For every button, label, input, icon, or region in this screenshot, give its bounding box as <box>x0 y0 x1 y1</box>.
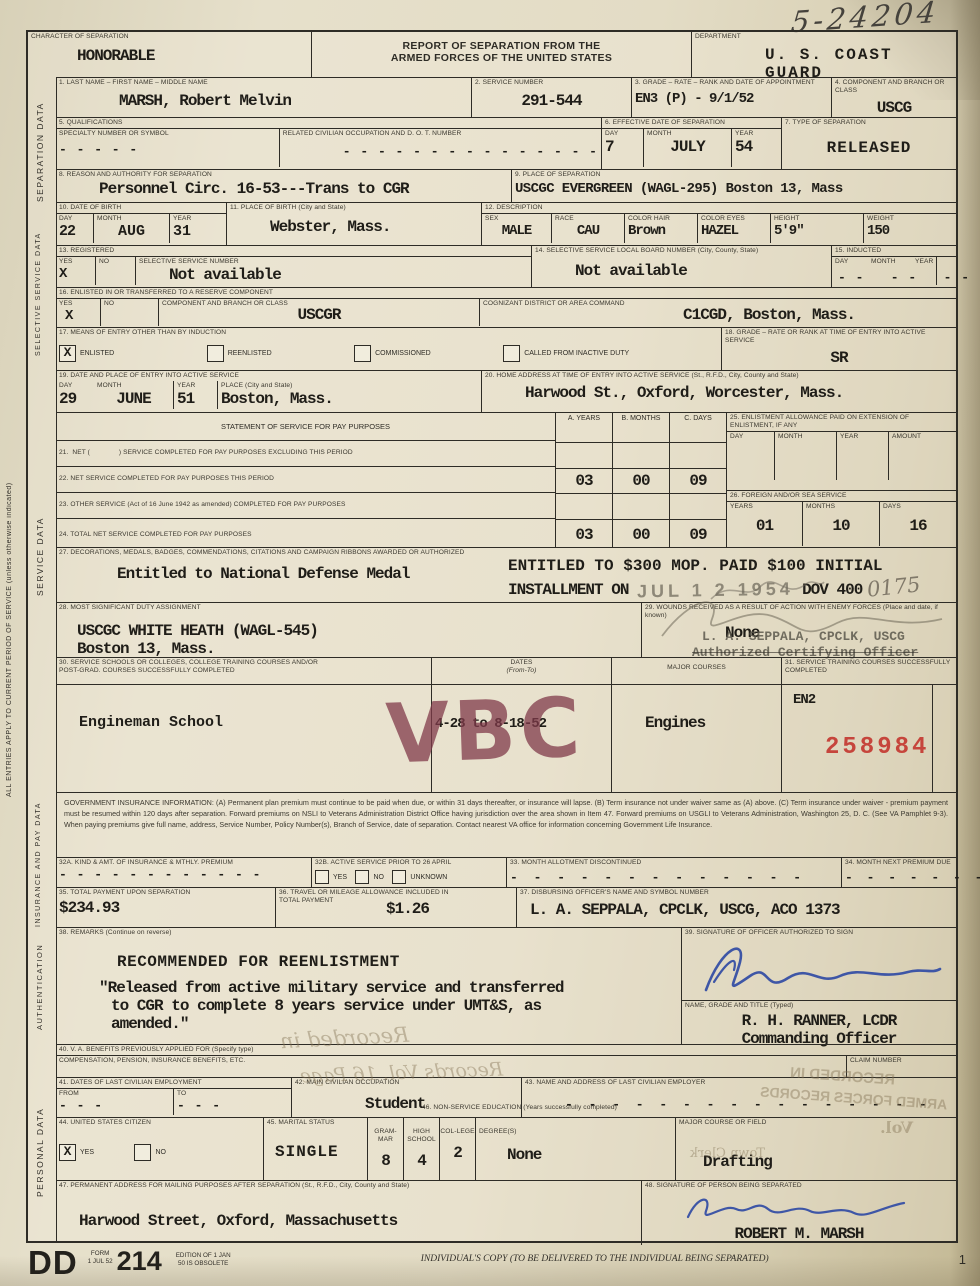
field-26: 26. FOREIGN AND/OR SEA SERVICE YEARS 01 … <box>727 490 956 548</box>
field-39: 39. SIGNATURE OF OFFICER AUTHORIZED TO S… <box>682 928 956 1044</box>
row-38-39: 38. REMARKS (Continue on reverse) RECOMM… <box>56 927 956 1044</box>
field-32b: 32B. ACTIVE SERVICE PRIOR TO 26 APRIL YE… <box>312 858 507 887</box>
checkbox-citizen-yes-mark: X <box>64 1144 72 1159</box>
checkbox-citizen-no <box>134 1144 151 1161</box>
field-16-district-value: C1CGD, Boston, Mass. <box>683 306 953 324</box>
section-separation-data: SEPARATION DATA <box>35 82 45 222</box>
field-17-label: 17. MEANS OF ENTRY OTHER THAN BY INDUCTI… <box>59 329 718 337</box>
field-5: 5. QUALIFICATIONS SPECIALTY NUMBER OR SY… <box>56 118 602 169</box>
field-3-value: EN3 (P) - 9/1/52 <box>635 91 828 107</box>
field-39-name: R. H. RANNER, LCDR <box>685 1012 953 1030</box>
checkbox-reenlisted-label: REENLISTED <box>228 350 272 357</box>
field-19-month-label: MONTH <box>97 382 170 390</box>
field-31-content: EN2 258984 <box>782 685 933 792</box>
field-26-days: DAYS 16 <box>880 502 956 546</box>
field-40-claim-label: CLAIM NUMBER <box>850 1057 953 1065</box>
field-21-months <box>613 442 669 468</box>
field-16-district: COGNIZANT DISTRICT OR AREA COMMAND C1CGD… <box>480 299 956 326</box>
field-15-label: 15. INDUCTED <box>832 246 956 256</box>
field-11: 11. PLACE OF BIRTH (City and State) Webs… <box>227 203 482 245</box>
section-personal-data: PERSONAL DATA <box>35 1062 45 1242</box>
remarks-line2: "Released from active military service a… <box>99 979 678 997</box>
field-40-benefits: COMPENSATION, PENSION, INSURANCE BENEFIT… <box>56 1056 847 1077</box>
field-18-value: SR <box>725 349 953 367</box>
checkbox-enlisted-label: ENLISTED <box>80 350 114 357</box>
field-22-days: 09 <box>670 468 726 493</box>
field-21-days <box>670 442 726 468</box>
pay-months-header: B. MONTHS <box>613 413 669 442</box>
checkbox-32b-no-label: NO <box>373 874 384 881</box>
field-12-weight-label: WEIGHT <box>867 215 953 223</box>
field-19-month-value: JUNE <box>97 390 170 408</box>
field-13-ssn: SELECTIVE SERVICE NUMBER Not available <box>136 257 531 285</box>
field-6-month-value: JULY <box>647 138 728 156</box>
field-1-value: MARSH, Robert Melvin <box>119 92 468 110</box>
row-30-31-content: Engineman School 4-28 to 8-18-52 Engines… <box>56 684 956 792</box>
field-20-label: 20. HOME ADDRESS AT TIME OF ENTRY INTO A… <box>485 372 953 380</box>
checkbox-citizen-yes-label: YES <box>80 1149 94 1156</box>
edition-line1: EDITION OF 1 JAN <box>176 1252 231 1260</box>
form-title-line1: REPORT OF SEPARATION FROM THE <box>315 40 688 52</box>
field-31-label1: 31. SERVICE TRAINING COURSES SUCCESSFULL… <box>785 659 953 667</box>
field-14: 14. SELECTIVE SERVICE LOCAL BOARD NUMBER… <box>532 246 832 287</box>
field-12-height-label: HEIGHT <box>774 215 860 223</box>
field-48-typed-name: ROBERT M. MARSH <box>642 1225 956 1243</box>
form-number-block: FORM 1 JUL 52 <box>88 1250 113 1265</box>
field-16-yes-mark: X <box>65 308 97 324</box>
major-courses-header: MAJOR COURSES <box>612 658 782 684</box>
field-19-year-value: 51 <box>177 390 214 408</box>
field-12-label: 12. DESCRIPTION <box>482 203 956 213</box>
checkbox-citizen-no-label: NO <box>155 1149 166 1156</box>
field-6-month-label: MONTH <box>647 130 728 138</box>
checkbox-enlisted: X <box>59 345 76 362</box>
field-10-month-value: AUG <box>97 223 166 240</box>
scanned-document-page: 5-24204 ALL ENTRIES APPLY TO CURRENT PER… <box>0 0 980 1286</box>
field-6-label: 6. EFFECTIVE DATE OF SEPARATION <box>602 118 781 128</box>
field-26-years-label: YEARS <box>730 503 799 511</box>
field-10-day-label: DAY <box>59 215 90 223</box>
field-13-ssn-value: Not available <box>169 266 528 284</box>
form-title-box: REPORT OF SEPARATION FROM THE ARMED FORC… <box>312 32 692 77</box>
field-15-month-text: MONTH <box>871 258 909 266</box>
field-47: 47. PERMANENT ADDRESS FOR MAILING PURPOS… <box>56 1181 642 1245</box>
field-7-value: RELEASED <box>785 139 953 157</box>
header-row: CHARACTER OF SEPARATION HONORABLE REPORT… <box>28 32 956 77</box>
field-10-label: 10. DATE OF BIRTH <box>56 203 226 213</box>
field-23-label: 23. OTHER SERVICE (Act of 16 June 1942 a… <box>56 501 348 509</box>
field-13-no: NO <box>96 257 136 285</box>
field-15-day-text: DAY <box>835 258 865 266</box>
field-11-value: Webster, Mass. <box>270 218 478 236</box>
field-24-label: 24. TOTAL NET SERVICE COMPLETED FOR PAY … <box>56 531 255 539</box>
row-4: 10. DATE OF BIRTH DAY 22 MONTH AUG YEAR … <box>56 202 956 245</box>
field-41-from: FROM - - - <box>56 1089 174 1115</box>
pay-right-column: 25. ENLISTMENT ALLOWANCE PAID ON EXTENSI… <box>727 413 956 547</box>
margin-note-vertical: ALL ENTRIES APPLY TO CURRENT PERIOD OF S… <box>6 420 13 860</box>
field-23-months <box>613 493 669 519</box>
pay-days-column: C. DAYS 09 09 <box>670 413 727 547</box>
field-13-yes-mark: X <box>59 266 92 282</box>
field-13-no-label: NO <box>99 258 132 266</box>
field-46-degrees: DEGREE(S) None <box>476 1118 676 1180</box>
field-35-label: 35. TOTAL PAYMENT UPON SEPARATION <box>59 889 272 897</box>
certifying-officer-name: L. A. SEPPALA, CPCLK, USCG <box>702 629 905 644</box>
field-41-label: 41. DATES OF LAST CIVILIAN EMPLOYMENT <box>56 1078 291 1088</box>
field-19-day-value: 29 <box>59 390 91 408</box>
row-44-46: 44. UNITED STATES CITIZEN XYES NO 45. MA… <box>56 1117 956 1180</box>
row-7: 17. MEANS OF ENTRY OTHER THAN BY INDUCTI… <box>56 327 956 370</box>
form-title-line2: ARMED FORCES OF THE UNITED STATES <box>315 52 688 64</box>
field-27-label: 27. DECORATIONS, MEDALS, BADGES, COMMEND… <box>59 549 953 557</box>
form-footer: DD FORM 1 JUL 52 214 EDITION OF 1 JAN 50… <box>28 1248 966 1278</box>
field-6-day: DAY 7 <box>602 129 644 167</box>
field-46-grammar-value: 8 <box>368 1152 403 1170</box>
department-label: DEPARTMENT <box>695 33 953 41</box>
field-46-college-label: COL-LEGE <box>440 1118 475 1136</box>
field-46-major: MAJOR COURSE OR FIELD Drafting 46. NON-S… <box>676 1118 956 1180</box>
checkbox-32b-no <box>355 870 369 884</box>
row-5: 13. REGISTERED YES X NO SELECTIVE SERVIC… <box>56 245 956 287</box>
field-12: 12. DESCRIPTION SEX MALE RACE CAU COLOR … <box>482 203 956 245</box>
form-number: 214 <box>117 1248 162 1275</box>
field-40: 40. V. A. BENEFITS PREVIOUSLY APPLIED FO… <box>56 1044 956 1077</box>
field-15-year-text: YEAR <box>915 258 933 266</box>
field-41-to-label: TO <box>177 1090 288 1098</box>
field-35: 35. TOTAL PAYMENT UPON SEPARATION $234.9… <box>56 888 276 927</box>
field-37: 37. DISBURSING OFFICER'S NAME AND SYMBOL… <box>517 888 956 927</box>
field-6-month: MONTH JULY <box>644 129 732 167</box>
field-12-height-value: 5'9" <box>774 223 860 239</box>
field-26-label: 26. FOREIGN AND/OR SEA SERVICE <box>727 491 956 501</box>
field-15: 15. INDUCTED DAY MONTH YEAR - - - - - - <box>832 246 956 287</box>
form-date: 1 JUL 52 <box>88 1258 113 1266</box>
pay-region: STATEMENT OF SERVICE FOR PAY PURPOSES 21… <box>56 412 956 547</box>
field-12-sex-value: MALE <box>485 223 548 239</box>
checkbox-commissioned-label: COMMISSIONED <box>375 350 431 357</box>
field-20-value: Harwood St., Oxford, Worcester, Mass. <box>525 384 953 402</box>
field-12-eyes-label: COLOR EYES <box>701 215 767 223</box>
field-28-value2: Boston 13, Mass. <box>77 640 638 658</box>
field-5-specialty: SPECIALTY NUMBER OR SYMBOL - - - - - <box>56 129 280 167</box>
field-4-value: USCG <box>835 99 953 117</box>
remarks-line1: RECOMMENDED FOR REENLISTMENT <box>117 953 678 971</box>
field-45: 45. MARITAL STATUS SINGLE <box>264 1118 368 1180</box>
field-7-label: 7. TYPE OF SEPARATION <box>785 119 953 127</box>
pay-days-header: C. DAYS <box>670 413 726 442</box>
mop-stamp-line1: ENTITLED TO $300 MOP. PAID $100 INITIAL <box>508 557 938 575</box>
row-2: 5. QUALIFICATIONS SPECIALTY NUMBER OR SY… <box>56 117 956 169</box>
field-3: 3. GRADE – RATE – RANK AND DATE OF APPOI… <box>632 78 832 117</box>
field-30-major: Engines <box>612 685 782 792</box>
field-4: 4. COMPONENT AND BRANCH OR CLASS USCG <box>832 78 956 117</box>
checkbox-32b-unknown-label: UNKNOWN <box>410 874 447 881</box>
field-32a: 32A. KIND & AMT. OF INSURANCE & MTHLY. P… <box>56 858 312 887</box>
field-4-label: 4. COMPONENT AND BRANCH OR CLASS <box>835 79 953 95</box>
field-26-months-value: 10 <box>806 517 876 535</box>
field-10-day: DAY 22 <box>56 214 94 243</box>
field-12-sex: SEX MALE <box>482 214 552 243</box>
row-35-37: 35. TOTAL PAYMENT UPON SEPARATION $234.9… <box>56 887 956 927</box>
edition-line2: 50 IS OBSOLETE <box>176 1260 231 1268</box>
field-44-label: 44. UNITED STATES CITIZEN <box>59 1119 260 1127</box>
field-30-content: Engineman School <box>56 685 432 792</box>
field-19-place-value: Boston, Mass. <box>221 390 478 408</box>
dates-sublabel: (From-To) <box>435 667 608 675</box>
field-32a-value: - - - - - - - - - - - - <box>59 867 308 882</box>
field-7: 7. TYPE OF SEPARATION RELEASED <box>782 118 956 169</box>
field-19-month: MONTH JUNE <box>94 381 174 409</box>
row-30-31-header: 30. SERVICE SCHOOLS OR COLLEGES, COLLEGE… <box>56 657 956 684</box>
field-36: 36. TRAVEL OR MILEAGE ALLOWANCE INCLUDED… <box>276 888 517 927</box>
section-insurance-pay-data: INSURANCE AND PAY DATA <box>35 802 42 927</box>
field-26-years-value: 01 <box>730 517 799 535</box>
field-48: 48. SIGNATURE OF PERSON BEING SEPARATED … <box>642 1181 956 1245</box>
field-19-day: DAY 29 <box>56 381 94 409</box>
field-13-yes-label: YES <box>59 258 92 266</box>
field-29: 29. WOUNDS RECEIVED AS A RESULT OF ACTIO… <box>642 603 956 657</box>
field-21-label: 21. NET ( ) SERVICE COMPLETED FOR PAY PU… <box>56 449 356 457</box>
field-19-year-label: YEAR <box>177 382 214 390</box>
field-42-label: 42. MAIN CIVILIAN OCCUPATION <box>295 1079 518 1087</box>
field-16-no-label: NO <box>104 300 155 308</box>
character-of-separation-box: CHARACTER OF SEPARATION HONORABLE <box>28 32 312 77</box>
field-25-amount-label: AMOUNT <box>892 433 953 441</box>
field-10-year: YEAR 31 <box>170 214 226 243</box>
section-service-data: SERVICE DATA <box>35 462 45 652</box>
page-number: 1 <box>959 1252 966 1267</box>
field-25-month: MONTH <box>775 432 837 480</box>
field-46-college-value: 2 <box>440 1144 475 1162</box>
remarks-line4: amended." <box>111 1015 678 1033</box>
field-13-ssn-label: SELECTIVE SERVICE NUMBER <box>139 258 528 266</box>
field-8-value: Personnel Circ. 16-53---Trans to CGR <box>99 180 508 198</box>
field-5-occupation-value: - - - - - - - - - - - - - - - <box>343 144 598 159</box>
field-6-day-value: 7 <box>605 138 640 156</box>
field-6-year-value: 54 <box>735 138 778 156</box>
field-40-claim: CLAIM NUMBER <box>847 1056 956 1077</box>
field-39-typed-block: NAME, GRADE AND TITLE (Typed) R. H. RANN… <box>682 1000 956 1049</box>
field-11-label: 11. PLACE OF BIRTH (City and State) <box>230 204 478 212</box>
field-36-value: $1.26 <box>386 900 429 918</box>
field-33-label: 33. MONTH ALLOTMENT DISCONTINUED <box>510 859 838 867</box>
field-46-major-value: Drafting <box>703 1153 953 1171</box>
row-3: 8. REASON AND AUTHORITY FOR SEPARATION P… <box>56 169 956 202</box>
field-19-label: 19. DATE AND PLACE OF ENTRY INTO ACTIVE … <box>56 371 481 381</box>
field-19-place: PLACE (City and State) Boston, Mass. <box>218 381 481 409</box>
field-10-year-label: YEAR <box>173 215 223 223</box>
insurance-note-row: GOVERNMENT INSURANCE INFORMATION: (A) Pe… <box>56 792 956 857</box>
field-30-label1: 30. SERVICE SCHOOLS OR COLLEGES, COLLEGE… <box>59 659 428 667</box>
field-6-year: YEAR 54 <box>732 129 781 167</box>
field-45-value: SINGLE <box>275 1143 364 1161</box>
field-25-amount: AMOUNT <box>889 432 956 480</box>
copy-note: INDIVIDUAL'S COPY (TO BE DELIVERED TO TH… <box>231 1254 959 1264</box>
field-9-value: USCGC EVERGREEN (WAGL-295) Boston 13, Ma… <box>515 181 953 197</box>
field-40-benefits-label: COMPENSATION, PENSION, INSURANCE BENEFIT… <box>59 1057 843 1065</box>
field-25-day: DAY <box>727 432 775 480</box>
field-45-label: 45. MARITAL STATUS <box>267 1119 364 1127</box>
field-5-occupation-label: RELATED CIVILIAN OCCUPATION AND D. O. T.… <box>283 130 598 138</box>
field-1: 1. LAST NAME – FIRST NAME – MIDDLE NAME … <box>56 78 472 117</box>
field-31-header: 31. SERVICE TRAINING COURSES SUCCESSFULL… <box>782 658 956 684</box>
field-26-years: YEARS 01 <box>727 502 803 546</box>
field-33-value: - - - - - - - - - - - - - <box>510 870 838 885</box>
field-46-grammar: GRAM-MAR 8 <box>368 1118 404 1180</box>
field-16-component: COMPONENT AND BRANCH OR CLASS USCGR <box>159 299 480 326</box>
field-26-months: MONTHS 10 <box>803 502 880 546</box>
field-6-day-label: DAY <box>605 130 640 138</box>
checkbox-reenlisted <box>207 345 224 362</box>
field-3-label: 3. GRADE – RATE – RANK AND DATE OF APPOI… <box>635 79 828 87</box>
dates-label: DATES <box>435 659 608 667</box>
field-26-days-label: DAYS <box>883 503 953 511</box>
checkbox-called-inactive <box>503 345 520 362</box>
field-19-day-label: DAY <box>59 382 91 390</box>
checkbox-enlisted-mark: X <box>64 345 72 360</box>
field-46-grammar-label: GRAM-MAR <box>368 1118 403 1144</box>
field-34-label: 34. MONTH NEXT PREMIUM DUE <box>845 859 980 867</box>
field-8: 8. REASON AND AUTHORITY FOR SEPARATION P… <box>56 170 512 202</box>
field-32a-label: 32A. KIND & AMT. OF INSURANCE & MTHLY. P… <box>59 859 308 867</box>
field-21: 21. NET ( ) SERVICE COMPLETED FOR PAY PU… <box>56 440 555 466</box>
field-44: 44. UNITED STATES CITIZEN XYES NO <box>56 1118 264 1180</box>
vbc-stamp: VBC <box>385 688 586 777</box>
statement-of-service-label: STATEMENT OF SERVICE FOR PAY PURPOSES <box>56 413 555 440</box>
field-10-day-value: 22 <box>59 223 90 240</box>
checkbox-citizen-yes: X <box>59 1144 76 1161</box>
field-25-year: YEAR <box>837 432 889 480</box>
field-46-college: COL-LEGE 2 <box>440 1118 476 1180</box>
field-41-from-value: - - - <box>59 1098 170 1113</box>
field-37-label: 37. DISBURSING OFFICER'S NAME AND SYMBOL… <box>520 889 953 897</box>
field-46-label: 46. NON-SERVICE EDUCATION (Years success… <box>422 1104 672 1112</box>
field-23-days <box>670 493 726 519</box>
section-authentication: AUTHENTICATION <box>35 932 44 1042</box>
field-18-label: 18. GRADE – RATE OR RANK AT TIME OF ENTR… <box>725 329 953 345</box>
field-41-from-label: FROM <box>59 1090 170 1098</box>
field-12-race: RACE CAU <box>552 214 625 243</box>
checkbox-commissioned <box>354 345 371 362</box>
field-37-value: L. A. SEPPALA, CPCLK, USCG, ACO 1373 <box>530 901 953 919</box>
row-8: 19. DATE AND PLACE OF ENTRY INTO ACTIVE … <box>56 370 956 412</box>
insurance-note-text: GOVERNMENT INSURANCE INFORMATION: (A) Pe… <box>64 797 948 830</box>
field-5-specialty-label: SPECIALTY NUMBER OR SYMBOL <box>59 130 276 138</box>
field-12-weight-value: 150 <box>867 223 953 239</box>
mop-stamp-line2a: INSTALLMENT ON <box>508 581 628 599</box>
field-12-sex-label: SEX <box>485 215 548 223</box>
field-5-occupation: RELATED CIVILIAN OCCUPATION AND D. O. T.… <box>280 129 601 167</box>
field-12-hair-value: Brown <box>628 223 694 239</box>
pay-left-column: STATEMENT OF SERVICE FOR PAY PURPOSES 21… <box>56 413 556 547</box>
field-46-major-label: MAJOR COURSE OR FIELD <box>679 1119 953 1127</box>
field-13: 13. REGISTERED YES X NO SELECTIVE SERVIC… <box>56 246 532 287</box>
field-25: 25. ENLISTMENT ALLOWANCE PAID ON EXTENSI… <box>727 413 956 490</box>
field-22-years: 03 <box>556 468 612 493</box>
dd-logo: DD <box>28 1248 78 1278</box>
field-46-degrees-value: None <box>507 1146 672 1164</box>
field-35-value: $234.93 <box>59 899 272 917</box>
field-38-label: 38. REMARKS (Continue on reverse) <box>59 929 678 937</box>
checkbox-32b-yes <box>315 870 329 884</box>
school-name: Engineman School <box>79 714 428 731</box>
field-10-year-value: 31 <box>173 223 223 240</box>
character-of-separation-value: HONORABLE <box>77 47 308 65</box>
field-19-year: YEAR 51 <box>174 381 218 409</box>
dates-column-header: DATES (From-To) <box>432 658 612 684</box>
field-12-hair-label: COLOR HAIR <box>628 215 694 223</box>
field-43-label: 43. NAME AND ADDRESS OF LAST CIVILIAN EM… <box>525 1079 953 1087</box>
field-2: 2. SERVICE NUMBER 291-544 <box>472 78 632 117</box>
field-12-race-value: CAU <box>555 223 621 239</box>
field-25-year-label: YEAR <box>840 433 885 441</box>
field-16-no: NO <box>101 299 159 326</box>
field-17: 17. MEANS OF ENTRY OTHER THAN BY INDUCTI… <box>56 328 722 370</box>
field-14-label: 14. SELECTIVE SERVICE LOCAL BOARD NUMBER… <box>535 247 828 255</box>
field-19-place-label: PLACE (City and State) <box>221 382 478 390</box>
field-13-label: 13. REGISTERED <box>56 246 531 256</box>
field-47-value: Harwood Street, Oxford, Massachusetts <box>79 1212 638 1230</box>
field-22-label: 22. NET SERVICE COMPLETED FOR PAY PURPOS… <box>56 475 277 483</box>
row-32-34: 32A. KIND & AMT. OF INSURANCE & MTHLY. P… <box>56 857 956 887</box>
pay-years-column: A. YEARS 03 03 <box>556 413 613 547</box>
field-12-eyes-value: HAZEL <box>701 223 767 239</box>
field-25-month-label: MONTH <box>778 433 833 441</box>
field-25-label: 25. ENLISTMENT ALLOWANCE PAID ON EXTENSI… <box>727 413 956 431</box>
section-selective-service-data: SELECTIVE SERVICE DATA <box>35 244 42 356</box>
field-16-yes: YES X <box>56 299 101 326</box>
field-28-value1: USCGC WHITE HEATH (WAGL-545) <box>77 622 638 640</box>
field-46-high: HIGH SCHOOL 4 <box>404 1118 440 1180</box>
field-12-eyes: COLOR EYES HAZEL <box>698 214 771 243</box>
field-20: 20. HOME ADDRESS AT TIME OF ENTRY INTO A… <box>482 371 956 412</box>
field-40-label: 40. V. A. BENEFITS PREVIOUSLY APPLIED FO… <box>56 1045 956 1055</box>
field-46-high-value: 4 <box>404 1152 439 1170</box>
field-16: 16. ENLISTED IN OR TRANSFERRED TO A RESE… <box>56 288 956 327</box>
field-30-label2: POST-GRAD. COURSES SUCCESSFULLY COMPLETE… <box>59 667 428 675</box>
field-16-component-value: USCGR <box>162 306 476 324</box>
field-9-label: 9. PLACE OF SEPARATION <box>515 171 953 179</box>
dd214-form: SEPARATION DATA SELECTIVE SERVICE DATA S… <box>26 30 958 1243</box>
major-courses-label: MAJOR COURSES <box>615 664 778 672</box>
field-12-hair: COLOR HAIR Brown <box>625 214 698 243</box>
remarks-line3: to CGR to complete 8 years service under… <box>111 997 678 1015</box>
officer-signature <box>694 932 944 1004</box>
field-38: 38. REMARKS (Continue on reverse) RECOMM… <box>56 928 682 1044</box>
pay-months-column: B. MONTHS 00 00 <box>613 413 670 547</box>
field-28: 28. MOST SIGNIFICANT DUTY ASSIGNMENT USC… <box>56 603 642 657</box>
field-9: 9. PLACE OF SEPARATION USCGC EVERGREEN (… <box>512 170 956 202</box>
field-31-value: EN2 <box>793 692 929 708</box>
checkbox-called-inactive-label: CALLED FROM INACTIVE DUTY <box>524 350 629 357</box>
row-28-29: 28. MOST SIGNIFICANT DUTY ASSIGNMENT USC… <box>56 602 956 657</box>
field-23-years <box>556 493 612 519</box>
field-10-month: MONTH AUG <box>94 214 170 243</box>
field-40-box: 40. V. A. BENEFITS PREVIOUSLY APPLIED FO… <box>56 1045 956 1077</box>
field-16-label: 16. ENLISTED IN OR TRANSFERRED TO A RESE… <box>56 288 956 298</box>
field-41-to-value: - - - <box>177 1098 288 1113</box>
row-47-48: 47. PERMANENT ADDRESS FOR MAILING PURPOS… <box>56 1180 956 1245</box>
field-15-value: - - - - - - <box>838 270 970 285</box>
field-33: 33. MONTH ALLOTMENT DISCONTINUED - - - -… <box>507 858 842 887</box>
field-26-days-value: 16 <box>883 517 953 535</box>
edition-block: EDITION OF 1 JAN 50 IS OBSOLETE <box>176 1252 231 1267</box>
field-10: 10. DATE OF BIRTH DAY 22 MONTH AUG YEAR … <box>56 203 227 245</box>
row-6: 16. ENLISTED IN OR TRANSFERRED TO A RESE… <box>56 287 956 327</box>
field-2-label: 2. SERVICE NUMBER <box>475 79 628 87</box>
field-6: 6. EFFECTIVE DATE OF SEPARATION DAY 7 MO… <box>602 118 782 169</box>
pay-years-header: A. YEARS <box>556 413 612 442</box>
